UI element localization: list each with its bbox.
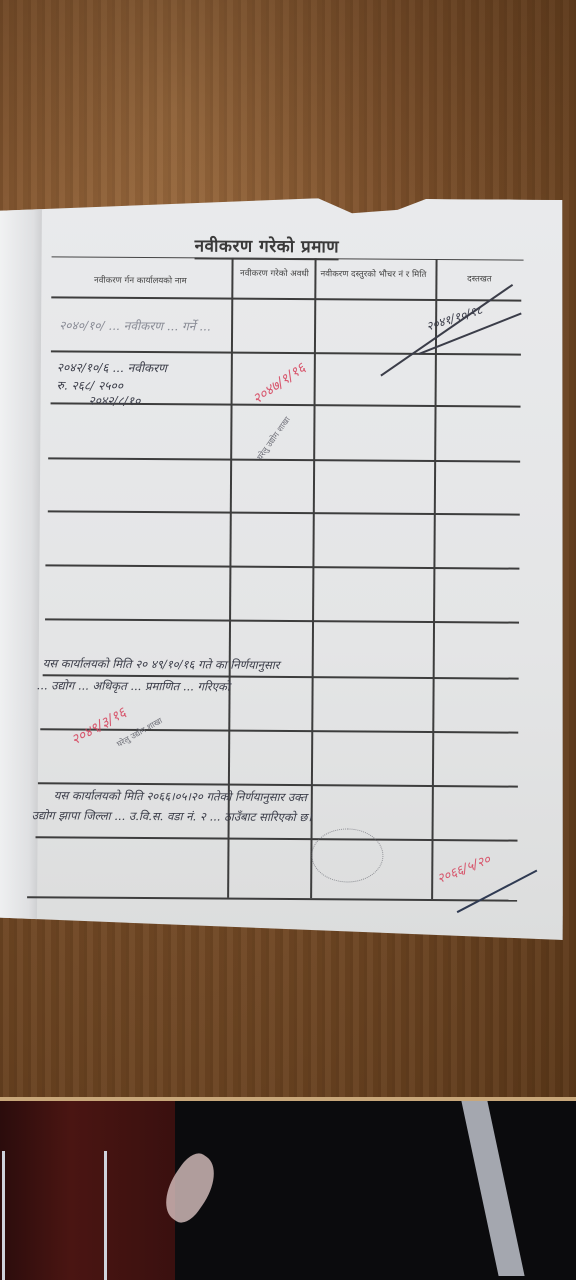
renewal-certificate-page: नवीकरण गरेको प्रमाण नवीकरण र्गन कार्यालय… xyxy=(0,196,568,940)
note2-line1: यस कार्यालयको मिति २०६६।०५।२० गतेको निर्… xyxy=(54,788,307,805)
row2-office-line3: २०४२/८/१० xyxy=(89,392,141,409)
row1-office-entry: २०४०/१०/ ... नवीकरण ... गर्ने ... xyxy=(59,316,211,334)
row-divider xyxy=(45,618,519,623)
page-title: नवीकरण गरेको प्रमाण xyxy=(195,233,340,260)
column-header-period: नवीकरण गरेको अवधी xyxy=(235,268,313,281)
note2-line2: उद्योग झापा जिल्ला ... उ.वि.स. वडा नं. २… xyxy=(32,808,312,825)
column-header-office: नवीकरण र्गन कार्यालयको नाम xyxy=(55,274,225,287)
row-divider xyxy=(38,782,518,787)
red-stamp-date-3: २०६६/५/२० xyxy=(434,850,493,887)
note1-line1: यस कार्यालयको मिति २० ४९/१०/१६ गते का नि… xyxy=(43,656,280,673)
row-divider xyxy=(36,836,518,841)
grey-office-stamp: घरेलु उद्योग शाखा xyxy=(254,415,292,463)
red-stamp-date: २०४७/१/१६ xyxy=(249,358,310,408)
note1-line2: ... उद्योग ... अधिकृत ... प्रमाणित ... ग… xyxy=(37,678,230,694)
floor-area xyxy=(0,1101,576,1280)
column-divider xyxy=(310,258,316,898)
row-divider xyxy=(51,296,521,301)
chrome-strip xyxy=(2,1151,5,1280)
row-divider xyxy=(51,350,521,355)
column-header-voucher: नवीकरण दस्तुरको भौचर नं र मिति xyxy=(317,268,429,281)
signature-stroke xyxy=(380,284,513,376)
white-strap xyxy=(461,1101,524,1276)
red-panel xyxy=(0,1101,175,1280)
row-divider xyxy=(48,510,520,515)
round-office-seal xyxy=(311,828,383,883)
paper-fold xyxy=(0,196,42,936)
column-divider xyxy=(431,259,437,899)
row-divider xyxy=(48,457,520,462)
row-divider xyxy=(45,564,519,569)
column-header-signature: दस्तखत xyxy=(439,273,519,286)
row2-office-line1: २०४२/१०/६ ... नवीकरण xyxy=(57,358,167,376)
wood-shading xyxy=(0,0,576,200)
chrome-strip xyxy=(104,1151,107,1280)
row-divider xyxy=(27,896,517,901)
signature-stroke xyxy=(457,870,537,913)
